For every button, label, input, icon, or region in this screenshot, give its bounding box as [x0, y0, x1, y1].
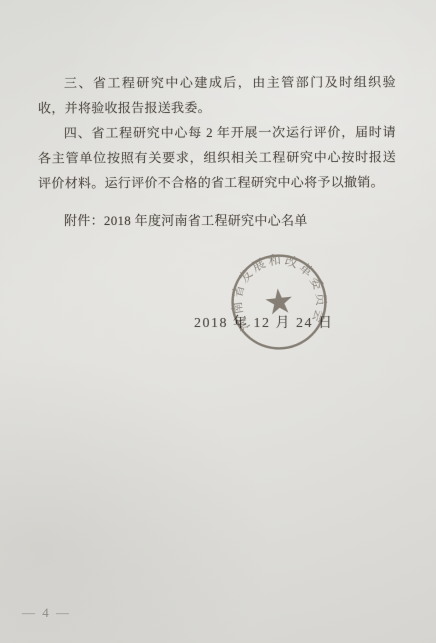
- scanned-document-page: 三、省工程研究中心建成后，由主管部门及时组织验收，并将验收报告报送我委。 四、省…: [0, 0, 436, 643]
- paragraph-item-4: 四、省工程研究中心每 2 年开展一次运行评价，届时请各主管单位按照有关要求，组织…: [38, 119, 396, 195]
- paragraph-item-3: 三、省工程研究中心建成后，由主管部门及时组织验收，并将验收报告报送我委。: [38, 69, 396, 120]
- star-icon: ★: [262, 281, 297, 324]
- attachment-line: 附件：2018 年度河南省工程研究中心名单: [38, 208, 396, 233]
- official-seal: 河南省发展和改革委员会 ★: [223, 246, 335, 358]
- document-body: 三、省工程研究中心建成后，由主管部门及时组织验收，并将验收报告报送我委。 四、省…: [38, 70, 396, 195]
- page-number: — 4 —: [22, 605, 71, 621]
